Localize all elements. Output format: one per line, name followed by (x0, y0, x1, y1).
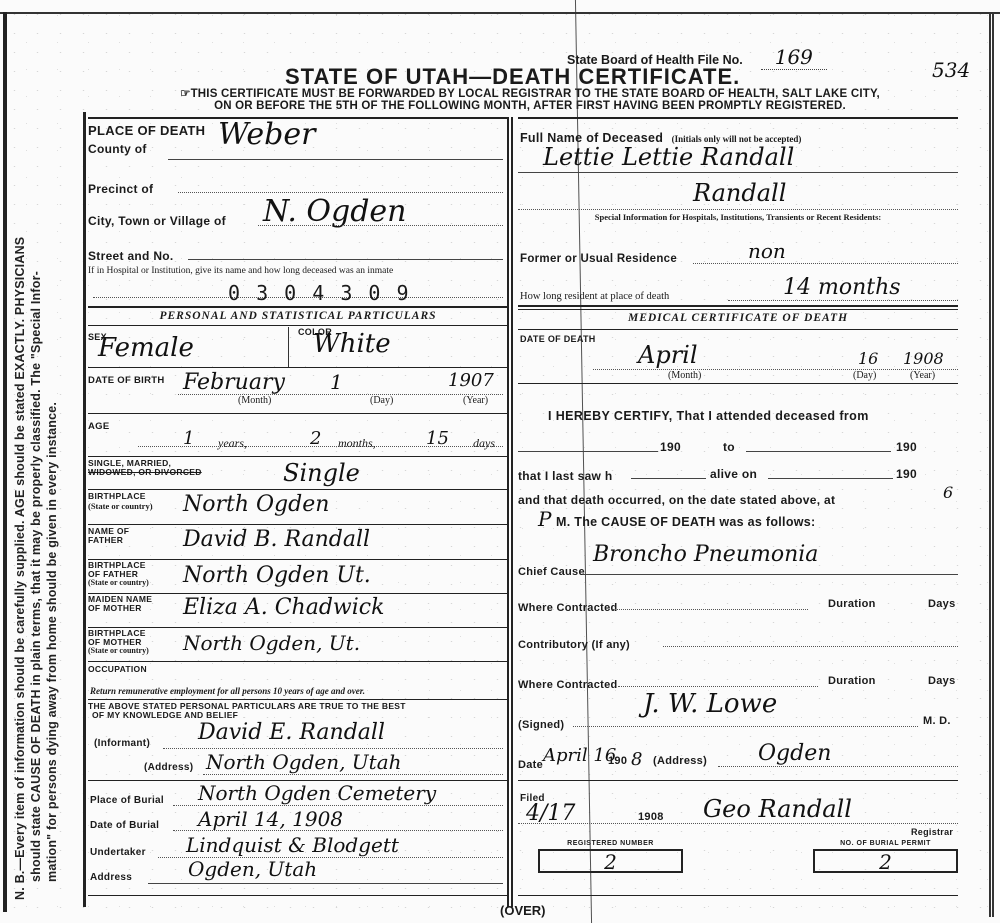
dob-day: 1 (330, 370, 343, 394)
duration-label-1: Duration (828, 598, 876, 610)
signed-row: (Signed) J. W. Lowe M. D. (518, 715, 958, 733)
last-saw-label: that I last saw h (518, 469, 612, 483)
marital-row: SINGLE, MARRIED, WIDOWED, OR DIVORCED Si… (88, 459, 508, 489)
dod-month-caption: (Month) (668, 370, 701, 381)
residence-line (693, 263, 958, 264)
divider (518, 329, 958, 330)
divider (288, 327, 289, 367)
town-label: City, Town or Village of (88, 214, 226, 228)
divider (88, 489, 508, 490)
over-label: (OVER) (500, 903, 546, 918)
attended-dates-row: 190 to 190 (518, 440, 958, 456)
time-value: 6 (943, 483, 953, 502)
days-label-1: Days (928, 598, 956, 610)
town-row: City, Town or Village of N. Ogden (88, 212, 508, 230)
informant-address-label: (Address) (144, 762, 193, 773)
age-years-caption: years, (218, 436, 247, 451)
age-months: 2 (310, 428, 321, 449)
dob-year: 1907 (448, 370, 494, 391)
informant-block: THE ABOVE STATED PERSONAL PARTICULARS AR… (88, 702, 508, 777)
chief-cause-label: Chief Cause (518, 566, 585, 578)
name-line-1 (518, 172, 958, 173)
registrar-label: Registrar (911, 827, 953, 837)
county-value: Weber (218, 117, 315, 152)
registered-number-box: 2 (538, 849, 683, 873)
mother-birthplace-value: North Ogden, Ut. (183, 631, 360, 655)
divider (88, 367, 508, 368)
certificate-page: N. B.—Every item of information should b… (0, 0, 1000, 923)
undertaker-address-value: Ogden, Utah (188, 857, 317, 881)
birthplace-row: BIRTHPLACE (State or country) North Ogde… (88, 492, 508, 524)
filed-line (518, 823, 958, 824)
last-saw-line (631, 478, 706, 479)
contributory-label: Contributory (If any) (518, 639, 630, 651)
father-value: David B. Randall (183, 527, 370, 552)
street-label: Street and No. (88, 249, 174, 263)
filed-year: 1908 (638, 811, 664, 823)
special-info-heading: Special Information for Hospitals, Insti… (518, 212, 958, 222)
to-year: 190 (896, 440, 917, 454)
age-months-caption: months, (338, 436, 376, 451)
undertaker-value: Lindquist & Blodgett (186, 833, 399, 857)
chief-cause-value: Broncho Pneumonia (593, 542, 818, 567)
to-label: to (723, 440, 735, 454)
sex-value: Female (98, 333, 194, 363)
age-days-caption: days (473, 436, 495, 451)
divider (88, 524, 508, 525)
alive-on-label: alive on (710, 467, 757, 481)
where-contracted-line-2 (618, 686, 818, 687)
date-year-value: 8 (631, 749, 642, 770)
filing-block: Filed 4/17 1908 Geo Randall Registrar RE… (518, 785, 958, 895)
deceased-name-line-2: Randall (693, 179, 786, 207)
instructions-line-1: ☞THIS CERTIFICATE MUST BE FORWARDED BY L… (90, 88, 970, 100)
father-birthplace-value: North Ogden Ut. (183, 563, 371, 588)
form-left-rule (83, 112, 86, 907)
undertaker-address-label: Address (90, 872, 132, 883)
father-row: NAME OF FATHER David B. Randall (88, 527, 508, 559)
alive-year: 190 (896, 467, 917, 481)
signed-line (573, 726, 918, 727)
hospital-note: If in Hospital or Institution, give its … (88, 266, 508, 276)
personal-heading: PERSONAL AND STATISTICAL PARTICULARS (88, 310, 508, 322)
resident-value: 14 months (783, 275, 901, 300)
resident-row: How long resident at place of death (520, 286, 669, 304)
divider (88, 325, 508, 326)
mother-value: Eliza A. Chadwick (183, 595, 384, 620)
dod-year: 1908 (903, 349, 944, 368)
divider (88, 559, 508, 560)
medical-heading: MEDICAL CERTIFICATE OF DEATH (518, 312, 958, 324)
last-saw-row: that I last saw h alive on 190 (518, 467, 958, 483)
duration-label-2: Duration (828, 675, 876, 687)
burial-place-value: North Ogden Cemetery (198, 781, 436, 805)
town-line (258, 225, 503, 226)
town-value: N. Ogden (263, 194, 406, 229)
left-border (3, 12, 7, 912)
divider (518, 309, 958, 310)
contributory-line (663, 646, 958, 647)
marital-value: Single (283, 459, 360, 487)
cause-intro: M. The CAUSE OF DEATH was as follows: (556, 515, 816, 529)
divider (88, 413, 508, 414)
divider (88, 699, 508, 700)
informant-line (163, 748, 503, 749)
registered-number-label: REGISTERED NUMBER (538, 840, 683, 847)
date-address-row: Date April 16 190 8 (Address) Ogden (518, 755, 958, 773)
from-year: 190 (660, 440, 681, 454)
dod-month: April (638, 341, 698, 369)
meridiem-value: P (538, 507, 551, 531)
mother-birthplace-row: BIRTHPLACE OF MOTHER (State or country) … (88, 629, 508, 661)
occupation-note: Return remunerative employment for all p… (90, 686, 365, 696)
residence-label: Former or Usual Residence (520, 253, 677, 265)
sex-color-row: SEX Female COLOR White (88, 327, 508, 367)
burial-date-value: April 14, 1908 (198, 807, 343, 831)
name-line-2 (518, 209, 958, 210)
address-value: Ogden (758, 741, 831, 766)
address-label: (Address) (653, 755, 707, 767)
burial-place-line (173, 805, 503, 806)
address-line (718, 766, 958, 767)
where-contracted-row-1: Where Contracted Duration Days (518, 598, 958, 616)
side-note-line-1: N. B.—Every item of information should b… (12, 20, 28, 920)
resident-line (728, 300, 958, 301)
precinct-label: Precinct of (88, 182, 153, 196)
attest-line-2: OF MY KNOWLEDGE AND BELIEF (88, 711, 508, 720)
residence-row: Former or Usual Residence (520, 249, 677, 267)
registered-number-value: 2 (540, 851, 681, 873)
where-contracted-label-1: Where Contracted (518, 602, 618, 614)
top-edge-scrawl (0, 4, 1000, 14)
signed-label: (Signed) (518, 719, 564, 731)
mother-row: MAIDEN NAME OF MOTHER Eliza A. Chadwick (88, 595, 508, 627)
age-days: 15 (426, 428, 449, 449)
birthplace-value: North Ogden (183, 492, 329, 517)
burial-place-label: Place of Burial (90, 795, 164, 806)
md-label: M. D. (923, 715, 951, 727)
burial-permit-value: 2 (815, 851, 956, 873)
divider (88, 895, 508, 896)
dob-month: February (183, 370, 285, 395)
informant-value: David E. Randall (198, 720, 385, 745)
dob-year-caption: (Year) (463, 395, 488, 406)
burial-date-label: Date of Burial (90, 820, 159, 831)
chief-cause-row: Chief Cause Broncho Pneumonia (518, 562, 958, 580)
age-label: AGE (88, 421, 110, 432)
burial-permit-box: 2 (813, 849, 958, 873)
signed-value: J. W. Lowe (643, 689, 777, 719)
county-row: PLACE OF DEATH County of Weber (88, 123, 508, 156)
file-number-value: 169 (761, 45, 827, 70)
divider (518, 780, 958, 781)
residence-value: non (748, 239, 786, 263)
certify-text: I HEREBY CERTIFY, That I attended deceas… (548, 409, 869, 423)
divider (518, 117, 958, 119)
divider (88, 661, 508, 662)
street-row: Street and No. If in Hospital or Institu… (88, 247, 508, 276)
informant-label: (Informant) (94, 738, 150, 749)
dod-line (593, 369, 958, 370)
street-line (188, 259, 503, 260)
dob-month-caption: (Month) (238, 395, 271, 406)
divider (518, 305, 958, 307)
dod-day: 16 (858, 349, 878, 368)
page-title: STATE OF UTAH—DEATH CERTIFICATE. (285, 64, 740, 90)
where-contracted-line-1 (608, 609, 808, 610)
from-line (518, 451, 658, 452)
burial-block: Place of Burial North Ogden Cemetery Dat… (88, 785, 508, 905)
divider (518, 895, 958, 896)
dod-label: DATE OF DEATH (520, 334, 596, 344)
dob-day-caption: (Day) (370, 395, 393, 406)
contributory-row: Contributory (If any) (518, 635, 958, 653)
date-value: April 16 (543, 745, 616, 766)
divider (88, 306, 508, 308)
burial-date-line (173, 830, 503, 831)
occupation-label: OCCUPATION (88, 664, 508, 674)
age-years: 1 (183, 428, 194, 449)
divider (88, 627, 508, 628)
dod-year-caption: (Year) (910, 370, 935, 381)
dob-line (178, 394, 503, 395)
divider (88, 456, 508, 457)
side-note-line-2: should state CAUSE OF DEATH in plain ter… (28, 20, 44, 920)
instructions: ☞THIS CERTIFICATE MUST BE FORWARDED BY L… (90, 88, 970, 112)
corner-number: 534 (932, 58, 970, 82)
days-label-2: Days (928, 675, 956, 687)
occurred-text: and that death occurred, on the date sta… (518, 493, 835, 507)
undertaker-label: Undertaker (90, 847, 146, 858)
dob-label: DATE OF BIRTH (88, 375, 165, 386)
resident-label: How long resident at place of death (520, 291, 669, 302)
undertaker-address-line (148, 883, 503, 884)
informant-address-line (203, 774, 503, 775)
cause-intro-row: P M. The CAUSE OF DEATH was as follows: (518, 515, 958, 531)
precinct-line (178, 192, 503, 193)
where-contracted-label-2: Where Contracted (518, 679, 618, 691)
stamp-number: 0 3 0 4 3 0 9 (228, 281, 411, 305)
registrar-value: Geo Randall (703, 795, 852, 823)
chief-cause-line (583, 574, 958, 575)
color-value: White (313, 329, 391, 359)
divider (518, 383, 958, 384)
alive-on-line (768, 478, 893, 479)
county-line (168, 159, 503, 160)
dod-day-caption: (Day) (853, 370, 876, 381)
date-label: Date (518, 759, 543, 771)
age-row: AGE 1 years, 2 months, 15 days (88, 416, 508, 456)
burial-permit-label: NO. OF BURIAL PERMIT (813, 840, 958, 847)
dob-row: DATE OF BIRTH February 1 1907 (Month) (D… (88, 370, 508, 413)
date-year-prefix: 190 (608, 755, 627, 767)
instructions-line-2: ON OR BEFORE THE 5TH OF THE FOLLOWING MO… (90, 100, 970, 112)
side-note-line-3: mation" for persons dying away from home… (44, 20, 60, 920)
informant-address-value: North Ogden, Utah (206, 750, 402, 774)
occurred-row: and that death occurred, on the date sta… (518, 491, 958, 507)
to-line (746, 451, 891, 452)
side-note: N. B.—Every item of information should b… (12, 20, 72, 920)
deceased-name-line-1: Lettie Lettie Randall (543, 143, 794, 171)
father-birthplace-row: BIRTHPLACE OF FATHER (State or country) … (88, 561, 508, 593)
right-border (989, 12, 994, 917)
occupation-row: OCCUPATION Return remunerative employmen… (88, 664, 508, 699)
